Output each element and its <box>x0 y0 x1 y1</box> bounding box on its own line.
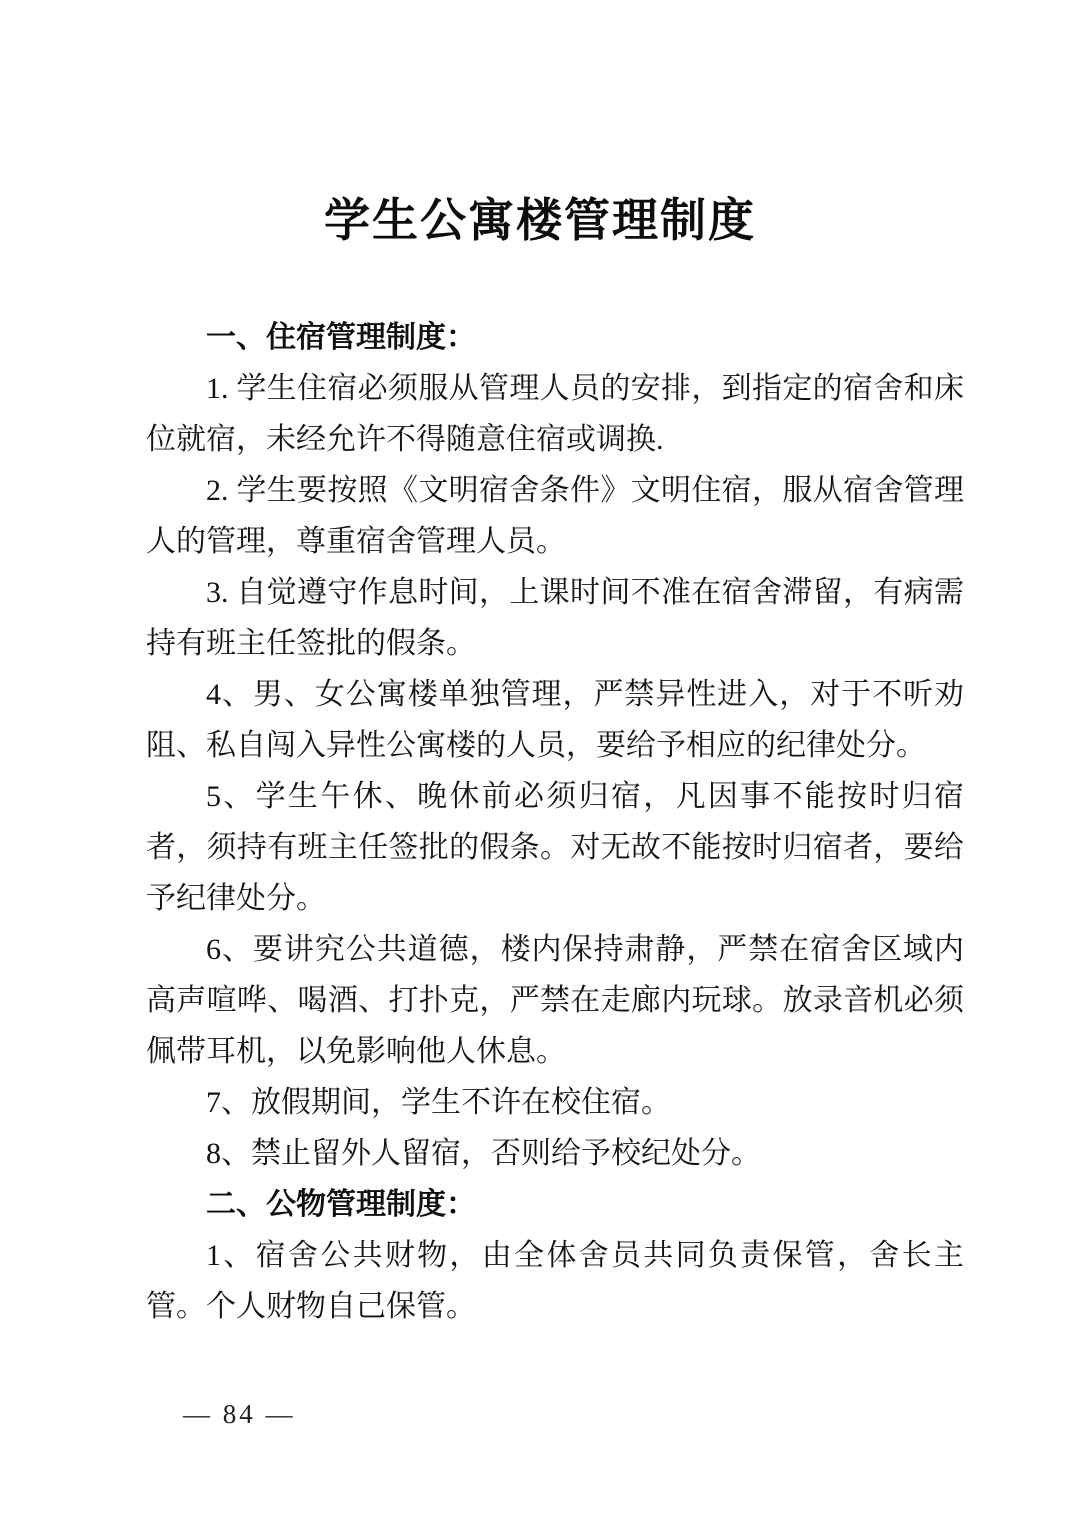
paragraph-housing-4: 4、男、女公寓楼单独管理，严禁异性进入，对于不听劝阻、私自闯入异性公寓楼的人员，… <box>146 669 964 771</box>
paragraph-housing-8: 8、禁止留外人留宿，否则给予校纪处分。 <box>146 1128 964 1179</box>
paragraph-property-1: 1、宿舍公共财物，由全体舍员共同负责保管，舍长主管。个人财物自己保管。 <box>146 1230 964 1332</box>
paragraph-housing-1: 1. 学生住宿必须服从管理人员的安排，到指定的宿舍和床位就宿，未经允许不得随意住… <box>146 363 964 465</box>
page-number: — 84 — <box>183 1396 296 1432</box>
document-title: 学生公寓楼管理制度 <box>0 192 1080 250</box>
section-heading-housing: 一、住宿管理制度： <box>146 312 964 363</box>
paragraph-housing-5: 5、学生午休、晚休前必须归宿，凡因事不能按时归宿者，须持有班主任签批的假条。对无… <box>146 771 964 924</box>
paragraph-housing-3: 3. 自觉遵守作息时间，上课时间不准在宿舍滞留，有病需持有班主任签批的假条。 <box>146 567 964 669</box>
paragraph-housing-6: 6、要讲究公共道德，楼内保持肃静，严禁在宿舍区域内高声喧哗、喝酒、打扑克，严禁在… <box>146 924 964 1077</box>
paragraph-housing-2: 2. 学生要按照《文明宿舍条件》文明住宿，服从宿舍管理人的管理，尊重宿舍管理人员… <box>146 465 964 567</box>
document-body: 一、住宿管理制度： 1. 学生住宿必须服从管理人员的安排，到指定的宿舍和床位就宿… <box>146 312 964 1332</box>
section-heading-property: 二、公物管理制度： <box>146 1179 964 1230</box>
document-page: 学生公寓楼管理制度 一、住宿管理制度： 1. 学生住宿必须服从管理人员的安排，到… <box>0 0 1080 1527</box>
paragraph-housing-7: 7、放假期间，学生不许在校住宿。 <box>146 1077 964 1128</box>
